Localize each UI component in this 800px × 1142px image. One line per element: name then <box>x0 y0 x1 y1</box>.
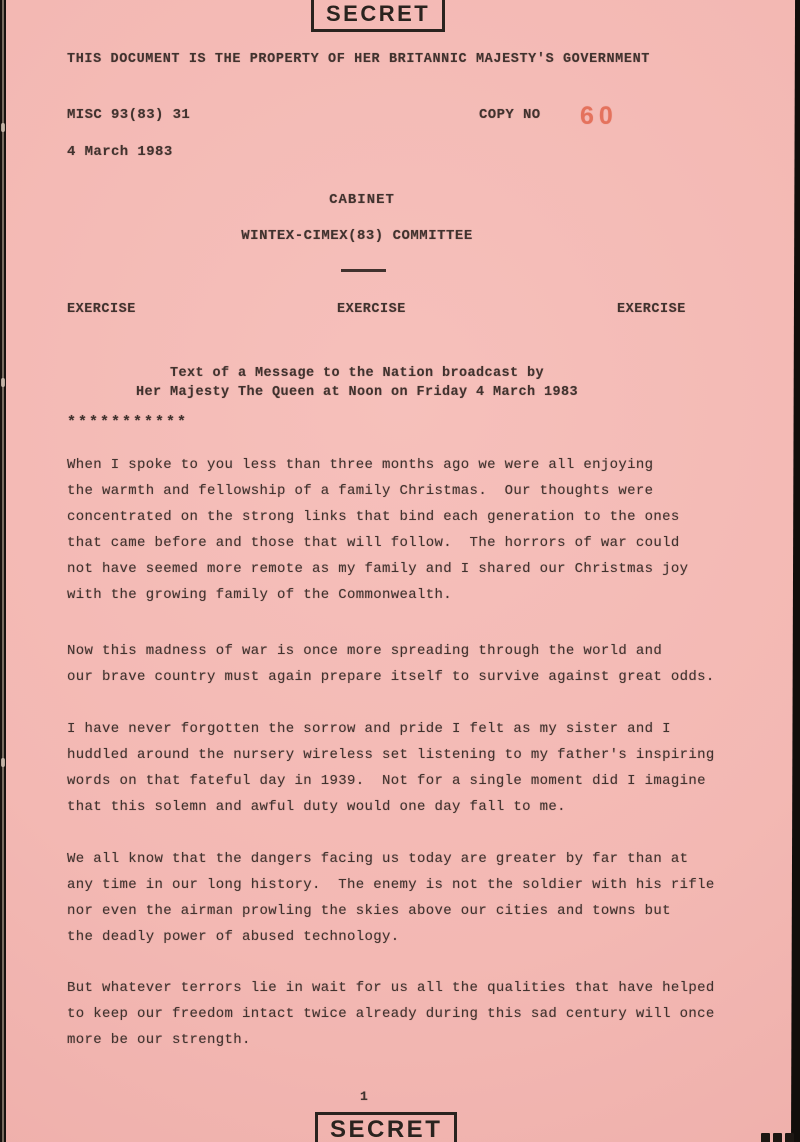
page-number: 1 <box>360 1089 368 1104</box>
exercise-label-right: EXERCISE <box>617 302 686 317</box>
cabinet-heading: CABINET <box>329 192 395 208</box>
print-mark <box>785 1133 794 1142</box>
scan-edge-notch <box>1 378 5 387</box>
scan-edge-notch <box>1 123 5 132</box>
copy-no-label: COPY NO <box>479 107 541 123</box>
separator-rule <box>341 269 386 272</box>
scan-edge-notch <box>1 758 5 767</box>
secret-stamp-top: SECRET <box>311 0 445 32</box>
property-notice: THIS DOCUMENT IS THE PROPERTY OF HER BRI… <box>67 52 650 67</box>
paragraph-1: When I spoke to you less than three mont… <box>67 452 688 608</box>
committee-heading: WINTEX-CIMEX(83) COMMITTEE <box>241 228 472 244</box>
copy-number-stamp: 60 <box>580 102 618 131</box>
paragraph-2: Now this madness of war is once more spr… <box>67 638 715 690</box>
document-reference: MISC 93(83) 31 <box>67 107 190 123</box>
document-page: SECRET THIS DOCUMENT IS THE PROPERTY OF … <box>5 0 795 1142</box>
message-title: Text of a Message to the Nation broadcas… <box>136 364 578 402</box>
scan-edge-left-highlight <box>2 0 4 1142</box>
print-mark <box>773 1133 782 1142</box>
paragraph-3: I have never forgotten the sorrow and pr… <box>67 716 715 820</box>
paragraph-5: But whatever terrors lie in wait for us … <box>67 975 715 1053</box>
screenshot-root: { "doc": { "classification": "SECRET", "… <box>0 0 800 1142</box>
paragraph-4: We all know that the dangers facing us t… <box>67 846 715 950</box>
scan-edge-left <box>0 0 6 1142</box>
exercise-label-center: EXERCISE <box>337 302 406 317</box>
print-mark <box>761 1133 770 1142</box>
document-date: 4 March 1983 <box>67 144 173 160</box>
secret-stamp-top-label: SECRET <box>326 1 430 26</box>
cut-off-print-marks <box>761 1131 800 1142</box>
secret-stamp-bottom: SECRET <box>315 1112 457 1142</box>
secret-stamp-bottom-label: SECRET <box>330 1116 442 1142</box>
exercise-label-left: EXERCISE <box>67 302 136 317</box>
asterisk-separator: *********** <box>67 414 188 431</box>
